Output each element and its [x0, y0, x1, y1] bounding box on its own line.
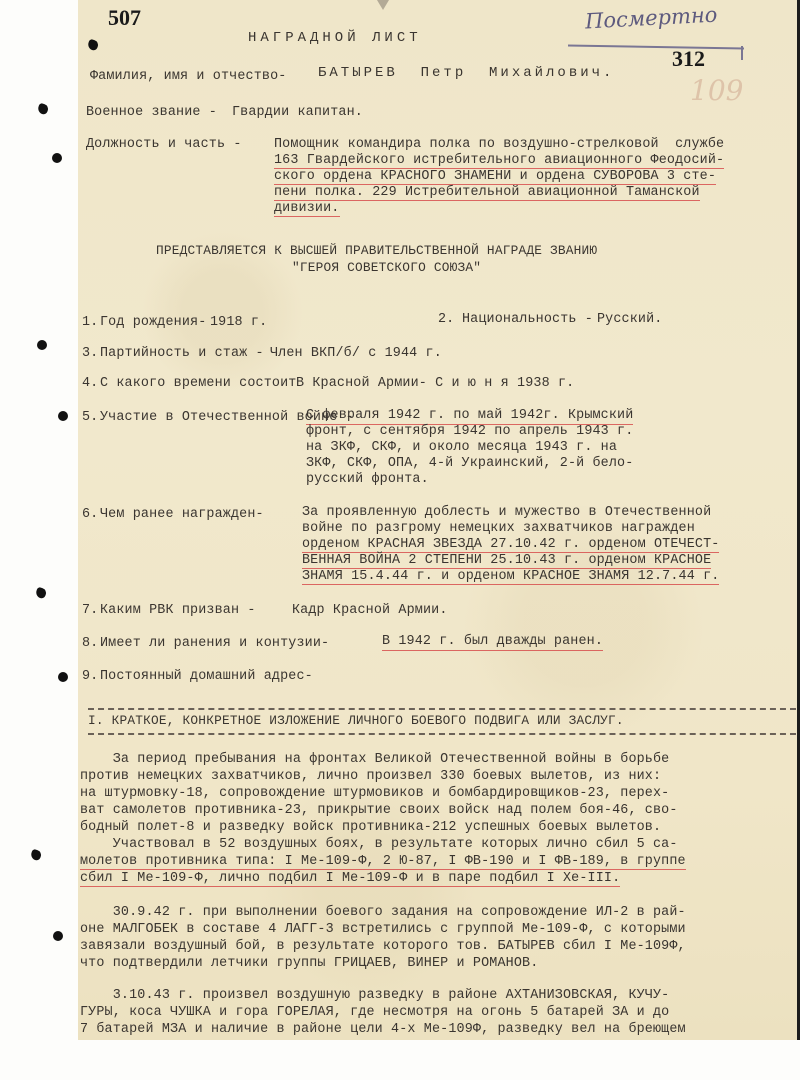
field-number: 3. — [82, 347, 98, 360]
war-participation-line: русский фронта. — [306, 473, 429, 486]
previous-awards-line: ЗНАМЯ 15.4.44 г. и орденом КРАСНОЕ ЗНАМЯ… — [302, 570, 719, 585]
nomination-line: "ГЕРОЯ СОВЕТСКОГО СОЮЗА" — [292, 262, 481, 275]
punch-hole — [58, 672, 68, 682]
punch-hole — [37, 340, 47, 350]
previous-awards-line: За проявленную доблесть и мужество в Оте… — [302, 506, 711, 519]
field-label-nationality: Национальность - — [462, 313, 593, 326]
narrative-line: на штурмовку-18, сопровождение штурмовик… — [80, 787, 669, 800]
field-label-conscripted-by: Каким РВК призван - — [100, 604, 256, 617]
pencil-mark — [377, 0, 389, 10]
narrative-line: завязали воздушный бой, в результате кот… — [80, 940, 686, 953]
field-number: 1. — [82, 316, 98, 329]
field-number: 6. — [82, 508, 98, 521]
pencil-note: 109 — [690, 74, 743, 107]
position-line: Помощник командира полка по воздушно-стр… — [274, 138, 724, 151]
rank-value: Гвардии капитан. — [232, 106, 363, 119]
war-participation-line: ЗКФ, СКФ, ОПА, 4-й Украинский, 2-й бело- — [306, 457, 633, 470]
position-line: дивизии. — [274, 202, 340, 217]
field-value-service-since: В Красной Армии- С и ю н я 1938 г. — [296, 377, 574, 390]
war-participation-line: С февраля 1942 г. по май 1942г. Крымский — [306, 408, 633, 425]
previous-awards-line: войне по разгрому немецких захватчиков н… — [302, 522, 695, 535]
field-label-wounds: Имеет ли ранения и контузии- — [100, 637, 329, 650]
punch-hole — [35, 587, 48, 600]
field-value-birth-year: 1918 г. — [210, 316, 267, 329]
narrative-line: Участвовал в 52 воздушных боях, в резуль… — [80, 838, 678, 851]
position-label: Должность и часть - — [86, 138, 242, 151]
previous-awards-line: ВЕННАЯ ВОЙНА 2 СТЕПЕНИ 25.10.43 г. орден… — [302, 554, 711, 569]
rank-label: Военное звание - — [86, 106, 217, 119]
punch-hole — [53, 931, 63, 941]
narrative-line: что подтвердили летчики группы ГРИЦАЕВ, … — [80, 957, 538, 970]
field-number: 9. — [82, 670, 98, 683]
field-number: 5. — [82, 411, 98, 424]
field-number: 8. — [82, 637, 98, 650]
narrative-line: 30.9.42 г. при выполнении боевого задани… — [80, 906, 686, 919]
field-label-party: Партийность и стаж - — [100, 347, 264, 360]
field-value-party: Член ВКП/б/ с 1944 г. — [270, 347, 442, 360]
field-number: 2. — [438, 313, 454, 326]
fio-value: БАТЫРЕВ Петр Михайлович. — [318, 66, 614, 80]
archive-number-left: 507 — [108, 5, 141, 31]
archive-number-right: 312 — [672, 46, 705, 72]
narrative-line: бодный полет-8 и разведку войск противни… — [80, 821, 661, 834]
field-value-conscripted-by: Кадр Красной Армии. — [292, 604, 448, 617]
punch-hole — [58, 411, 68, 421]
field-label-birth-year: Год рождения- — [100, 316, 206, 329]
narrative-line: 7 батарей МЗА и наличие в районе цели 4-… — [80, 1023, 686, 1036]
punch-hole — [52, 153, 62, 163]
field-label-service-since: С какого времени состоит — [100, 377, 296, 390]
field-number: 4. — [82, 377, 98, 390]
narrative-line: оне МАЛГОБЕК в составе 4 ЛАГГ-3 встретил… — [80, 923, 686, 936]
field-label-previous-awards: Чем ранее награжден- — [100, 508, 264, 521]
nomination-line: ПРЕДСТАВЛЯЕТСЯ К ВЫСШЕЙ ПРАВИТЕЛЬСТВЕННО… — [156, 245, 597, 258]
punch-hole — [37, 103, 50, 116]
section-heading: I. КРАТКОЕ, КОНКРЕТНОЕ ИЗЛОЖЕНИЕ ЛИЧНОГО… — [88, 715, 624, 728]
narrative-line: 3.10.43 г. произвел воздушную разведку в… — [80, 989, 669, 1002]
position-line: пени полка. 229 Истребительной авиационн… — [274, 186, 700, 201]
dashed-rule — [88, 733, 796, 735]
field-number: 7. — [82, 604, 98, 617]
fio-label: Фамилия, имя и отчество- — [90, 70, 286, 83]
narrative-line: сбил I Ме-109-Ф, лично подбил I Ме-109-Ф… — [80, 872, 620, 887]
narrative-line: против немецких захватчиков, лично произ… — [80, 770, 661, 783]
position-line: 163 Гвардейского истребительного авиацио… — [274, 154, 724, 169]
dashed-rule — [88, 708, 796, 710]
position-line: ского ордена КРАСНОГО ЗНАМЕНИ и ордена С… — [274, 170, 716, 185]
field-value-wounds: В 1942 г. был дважды ранен. — [382, 634, 603, 651]
document-title: НАГРАДНОЙ ЛИСТ — [248, 31, 422, 45]
narrative-line: молетов противника типа: I Ме-109-Ф, 2 Ю… — [80, 855, 686, 870]
previous-awards-line: орденом КРАСНАЯ ЗВЕЗДА 27.10.42 г. орден… — [302, 538, 719, 553]
field-value-nationality: Русский. — [597, 313, 663, 326]
narrative-line: За период пребывания на фронтах Великой … — [80, 753, 669, 766]
punch-hole — [30, 849, 43, 862]
war-participation-line: на ЗКФ, СКФ, и около месяца 1943 г. на — [306, 441, 617, 454]
narrative-line: ГУРЫ, коса ЧУШКА и гора ГОРЕЛАЯ, где нес… — [80, 1006, 669, 1019]
signature-underline-tick — [741, 46, 743, 60]
field-label-home-address: Постоянный домашний адрес- — [100, 670, 313, 683]
war-participation-line: фронт, с сентября 1942 по апрель 1943 г. — [306, 425, 633, 438]
narrative-line: ват самолетов противника-23, прикрытие с… — [80, 804, 678, 817]
